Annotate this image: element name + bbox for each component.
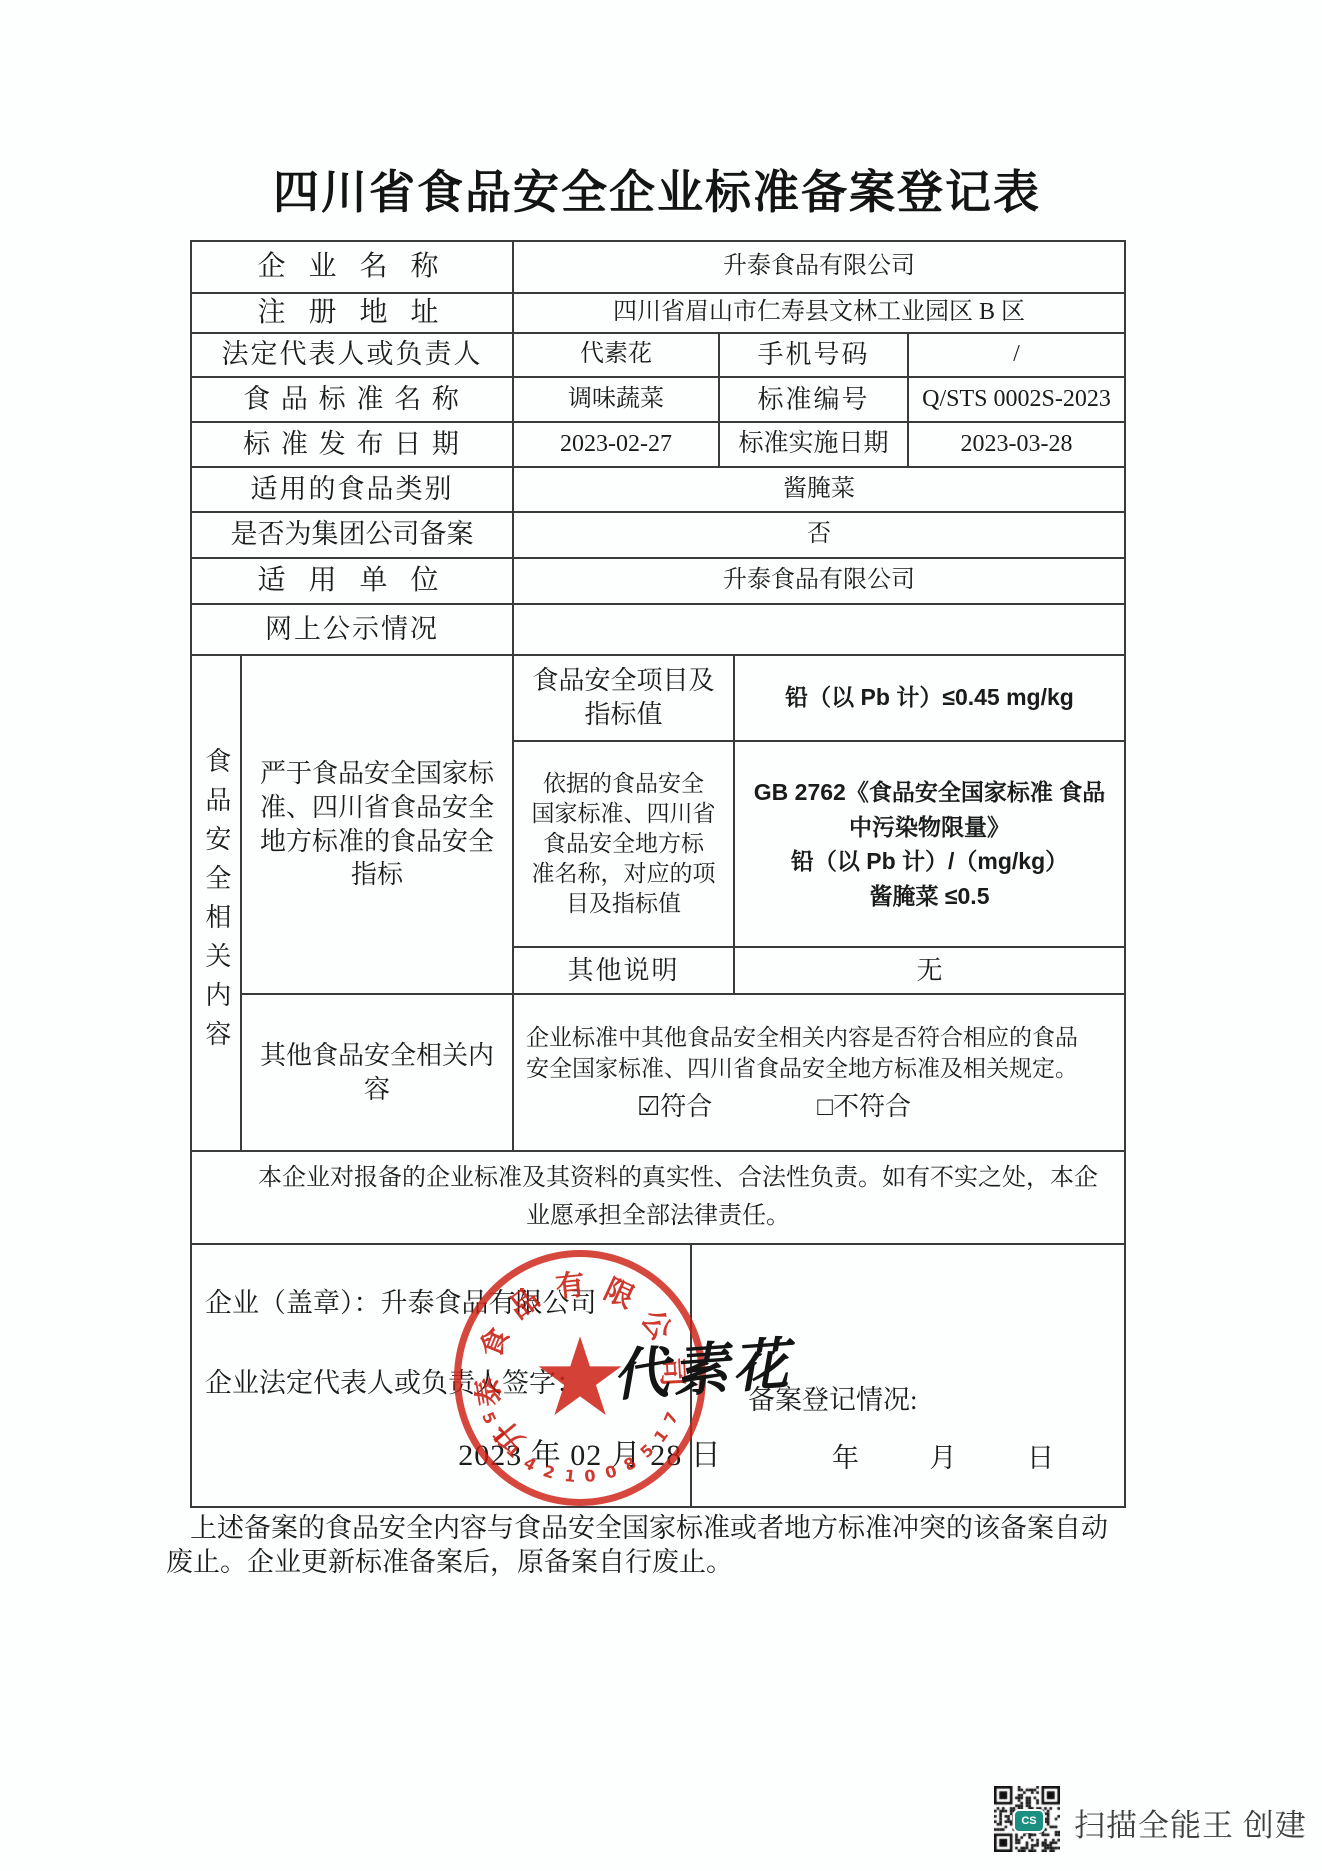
legal-representative-label: 法定代表人或负责人 [192, 334, 514, 378]
other-safety-content-label: 其他食品安全相关内容 [242, 995, 514, 1152]
handwritten-signature: 代素花 [609, 1320, 794, 1412]
safety-content-side-label: 食品安全相关内容 [192, 656, 242, 1152]
group-filing-value: 否 [514, 513, 1126, 559]
other-note-value: 无 [735, 948, 1126, 995]
standard-number-label: 标准编号 [720, 378, 909, 423]
legal-representative-value: 代素花 [514, 334, 720, 378]
safety-item-label: 食品安全项目及指标值 [514, 656, 735, 742]
footnote-line-2: 废止。企业更新标准备案后，原备案自行废止。 [166, 1546, 1124, 1580]
footnote-line-1: 上述备案的食品安全内容与食品安全国家标准或者地方标准冲突的该备案自动 [166, 1512, 1124, 1546]
sign-date: 2023 年 02 月 28 日 [450, 1430, 730, 1474]
applicable-unit-value: 升泰食品有限公司 [514, 559, 1126, 605]
other-note-label: 其他说明 [514, 948, 735, 995]
standard-name-value: 调味蔬菜 [514, 378, 720, 423]
online-publicity-label: 网上公示情况 [192, 605, 514, 656]
registration-date-blanks: 年 月 日 [832, 1436, 1054, 1475]
registered-address-label: 注 册 地 址 [192, 294, 514, 334]
scanned-document-page: 四川省食品安全企业标准备案登记表 企 业 名 称 升泰食品有限公司 注 册 地 … [0, 0, 1322, 1871]
reg-month-label: 月 [930, 1436, 957, 1475]
company-name-value: 升泰食品有限公司 [514, 242, 1126, 294]
safety-item-value: 铅（以 Pb 计）≤0.45 mg/kg [735, 656, 1126, 742]
compliance-statement: 企业标准中其他食品安全相关内容是否符合相应的食品 安全国家标准、四川省食品安全地… [514, 995, 1126, 1152]
applicable-unit-label: 适 用 单 位 [192, 559, 514, 605]
registered-address-value: 四川省眉山市仁寿县文林工业园区 B 区 [514, 294, 1126, 334]
reg-year-label: 年 [832, 1436, 859, 1475]
page-title: 四川省食品安全企业标准备案登记表 [190, 156, 1124, 222]
standard-name-label: 食 品 标 准 名 称 [192, 378, 514, 423]
company-seal-line: 企业（盖章）：升泰食品有限公司 [205, 1281, 597, 1320]
implementation-date-value: 2023-03-28 [909, 423, 1126, 468]
standard-number-value: Q/STS 0002S-2023 [909, 378, 1126, 423]
declaration-text: 本企业对报备的企业标准及其资料的真实性、合法性负责。如有不实之处，本企 业愿承担… [192, 1152, 1126, 1245]
compliant-checkbox: ☑符合 [637, 1090, 712, 1124]
footnote-text: 上述备案的食品安全内容与食品安全国家标准或者地方标准冲突的该备案自动 废止。企业… [166, 1512, 1124, 1580]
compliance-checkboxes: ☑符合 □不符合 [469, 1090, 1079, 1124]
implementation-date-label: 标准实施日期 [720, 423, 909, 468]
food-category-label: 适用的食品类别 [192, 468, 514, 513]
signature-line-label: 企业法定代表人或负责人签字： [205, 1361, 583, 1400]
publish-date-value: 2023-02-27 [514, 423, 720, 468]
camscanner-badge: CS [1013, 1809, 1045, 1833]
camscanner-text: 扫描全能王 创建 [1074, 1800, 1307, 1845]
online-publicity-value [514, 605, 1126, 656]
food-category-value: 酱腌菜 [514, 468, 1126, 513]
declaration-line-2: 业愿承担全部法律责任。 [192, 1201, 1124, 1232]
declaration-line-1: 本企业对报备的企业标准及其资料的真实性、合法性负责。如有不实之处，本企 [192, 1163, 1124, 1194]
basis-standard-label: 依据的食品安全 国家标准、四川省 食品安全地方标 准名称，对应的项 目及指标值 [514, 742, 735, 948]
stricter-indicators-label: 严于食品安全国家标准、四川省食品安全地方标准的食品安全指标 [242, 656, 514, 995]
noncompliant-checkbox: □不符合 [817, 1090, 911, 1124]
mobile-number-label: 手机号码 [720, 334, 909, 378]
mobile-number-value: / [909, 334, 1126, 378]
reg-day-label: 日 [1027, 1436, 1054, 1475]
compliance-line-1: 企业标准中其他食品安全相关内容是否符合相应的食品 [514, 1022, 1124, 1053]
group-filing-label: 是否为集团公司备案 [192, 513, 514, 559]
compliance-line-2: 安全国家标准、四川省食品安全地方标准及相关规定。 [514, 1053, 1124, 1084]
publish-date-label: 标 准 发 布 日 期 [192, 423, 514, 468]
basis-standard-value: GB 2762《食品安全国家标准 食品 中污染物限量》 铅（以 Pb 计）/（m… [735, 742, 1126, 948]
company-name-label: 企 业 名 称 [192, 242, 514, 294]
